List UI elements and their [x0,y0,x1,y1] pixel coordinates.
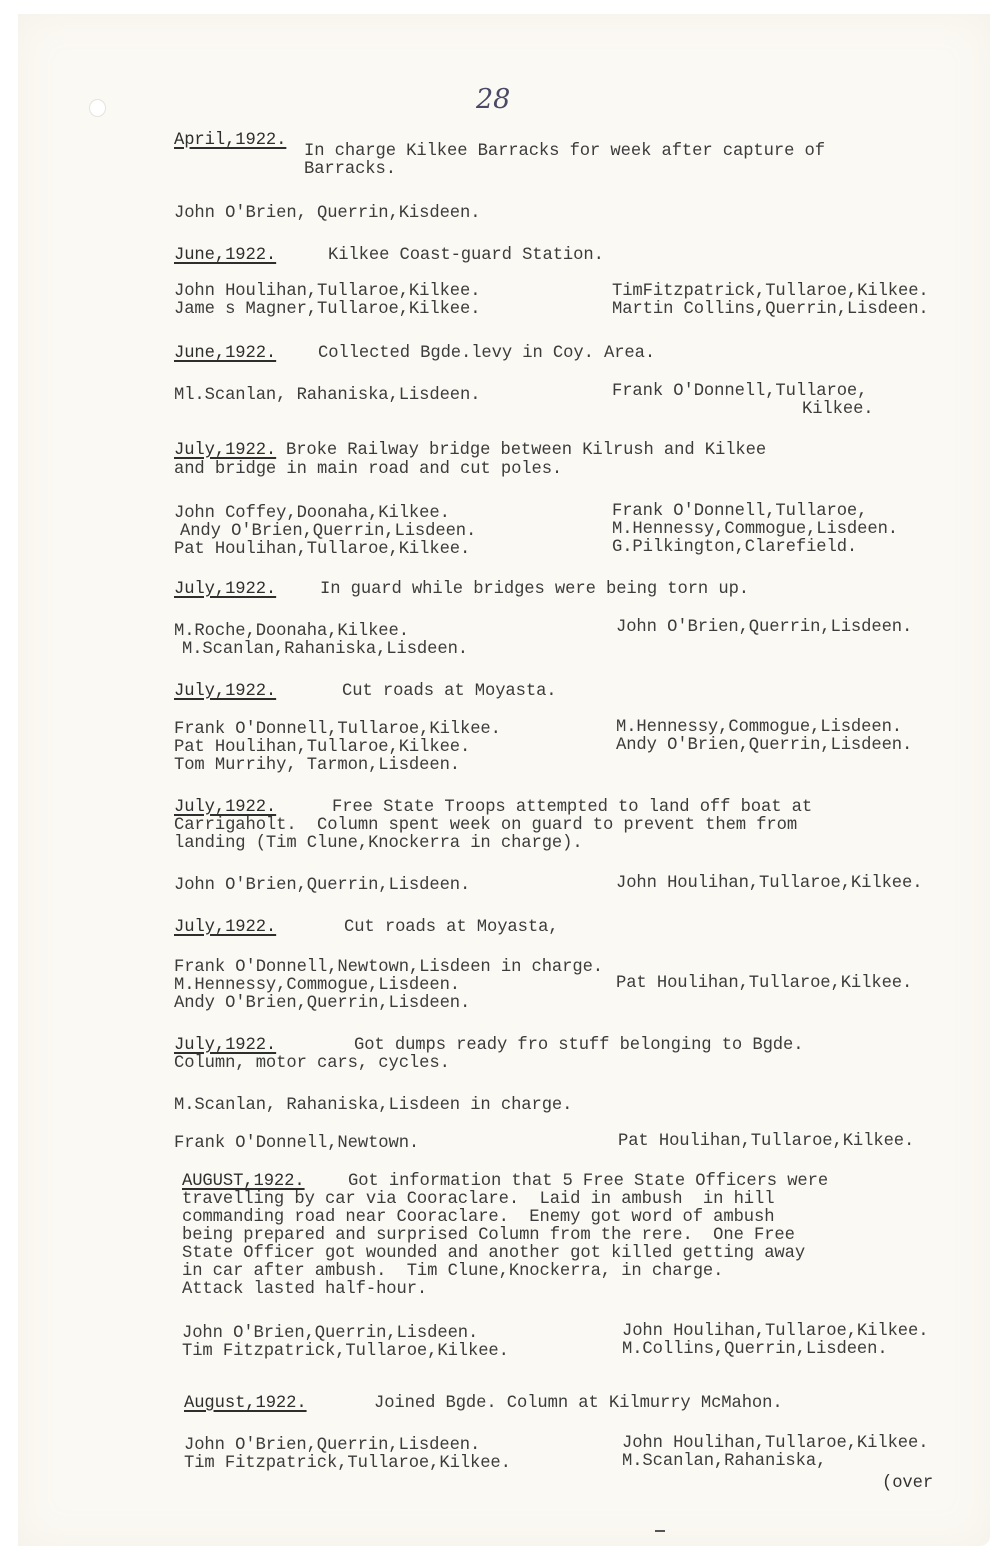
entry-description: and bridge in main road and cut poles. [174,460,562,479]
entry-description: Kilkee Coast-guard Station. [328,246,604,265]
participant-name: Frank O'Donnell,Tullaroe,Kilkee. [174,720,501,739]
entry-description: Free State Troops attempted to land off … [332,798,812,817]
continuation-note: (over [882,1474,933,1493]
entry-date: April,1922. [174,131,286,150]
entry-description: Barracks. [304,160,396,179]
entry-date: July,1922. [174,441,276,460]
entry-description: State Officer got wounded and another go… [182,1244,805,1263]
participant-name: Kilkee. [802,400,874,419]
participant-name: Pat Houlihan,Tullaroe,Kilkee. [618,1132,914,1151]
entry-description: Cut roads at Moyasta, [344,918,559,937]
entry-description: travelling by car via Cooraclare. Laid i… [182,1190,774,1209]
participant-name: Andy O'Brien,Querrin,Lisdeen. [174,994,470,1013]
entry-date: AUGUST,1922. [182,1172,305,1191]
entry-description: Cut roads at Moyasta. [342,682,557,701]
participant-name: Andy O'Brien,Querrin,Lisdeen. [180,522,476,541]
entry-date: July,1922. [174,798,276,817]
participant-name: M.Scanlan, Rahaniska,Lisdeen in charge. [174,1096,572,1115]
participant-name: Andy O'Brien,Querrin,Lisdeen. [616,736,912,755]
entry-date: June,1922. [174,246,276,265]
participant-name: John O'Brien,Querrin,Lisdeen. [182,1324,478,1343]
participant-name: Tim Fitzpatrick,Tullaroe,Kilkee. [184,1454,511,1473]
entry-description: Column, motor cars, cycles. [174,1054,450,1073]
entry-date: July,1922. [174,1036,276,1055]
entry-description: In guard while bridges were being torn u… [320,580,749,599]
participant-name: John Houlihan,Tullaroe,Kilkee. [622,1322,928,1341]
entry-description: Got information that 5 Free State Office… [348,1172,828,1191]
entry-date: August,1922. [184,1394,307,1413]
participant-name: John O'Brien, Querrin,Kisdeen. [174,204,480,223]
participant-name: G.Pilkington,Clarefield. [612,538,857,557]
participant-name: John O'Brien,Querrin,Lisdeen. [174,876,470,895]
entry-description: Got dumps ready fro stuff belonging to B… [354,1036,803,1055]
entry-date: July,1922. [174,682,276,701]
entry-description: Broke Railway bridge between Kilrush and… [286,441,766,460]
participant-name: Frank O'Donnell,Tullaroe, [612,502,867,521]
participant-name: TimFitzpatrick,Tullaroe,Kilkee. [612,282,929,301]
participant-name: John Houlihan,Tullaroe,Kilkee. [174,282,480,301]
participant-name: Pat Houlihan,Tullaroe,Kilkee. [174,738,470,757]
participant-name: Pat Houlihan,Tullaroe,Kilkee. [616,974,912,993]
participant-name: John O'Brien,Querrin,Lisdeen. [184,1436,480,1455]
participant-name: Ml.Scanlan, Rahaniska,Lisdeen. [174,386,480,405]
entry-description: commanding road near Cooraclare. Enemy g… [182,1208,774,1227]
participant-name: Tom Murrihy, Tarmon,Lisdeen. [174,756,460,775]
participant-name: John O'Brien,Querrin,Lisdeen. [616,618,912,637]
entry-description: in car after ambush. Tim Clune,Knockerra… [182,1262,723,1281]
entry-date: June,1922. [174,344,276,363]
participant-name: Frank O'Donnell,Newtown,Lisdeen in charg… [174,958,603,977]
participant-name: M.Scanlan,Rahaniska,Lisdeen. [182,640,468,659]
participant-name: Jame s Magner,Tullaroe,Kilkee. [174,300,480,319]
participant-name: Martin Collins,Querrin,Lisdeen. [612,300,929,319]
entry-date: July,1922. [174,580,276,599]
participant-name: M.Hennessy,Commogue,Lisdeen. [616,718,902,737]
page-number: 28 [476,84,510,115]
participant-name: Pat Houlihan,Tullaroe,Kilkee. [174,540,470,559]
entry-description: being prepared and surprised Column from… [182,1226,795,1245]
entry-description: Attack lasted half-hour. [182,1280,427,1299]
participant-name: John Coffey,Doonaha,Kilkee. [174,504,450,523]
entry-description: Joined Bgde. Column at Kilmurry McMahon. [374,1394,783,1413]
entry-description: Collected Bgde.levy in Coy. Area. [318,344,655,363]
participant-name: John Houlihan,Tullaroe,Kilkee. [616,874,922,893]
participant-name: John Houlihan,Tullaroe,Kilkee. [622,1434,928,1453]
entry-description: Carrigaholt. Column spent week on guard … [174,816,797,835]
entry-description: In charge Kilkee Barracks for week after… [304,142,825,161]
document-page [18,14,990,1546]
participant-name: Frank O'Donnell,Tullaroe, [612,382,867,401]
participant-name: M.Roche,Doonaha,Kilkee. [174,622,409,641]
punch-hole [90,100,105,116]
entry-date: July,1922. [174,918,276,937]
participant-name: Frank O'Donnell,Newtown. [174,1134,419,1153]
bottom-mark [655,1530,665,1532]
participant-name: M.Hennessy,Commogue,Lisdeen. [174,976,460,995]
participant-name: Tim Fitzpatrick,Tullaroe,Kilkee. [182,1342,509,1361]
participant-name: M.Hennessy,Commogue,Lisdeen. [612,520,898,539]
participant-name: M.Collins,Querrin,Lisdeen. [622,1340,888,1359]
entry-description: landing (Tim Clune,Knockerra in charge). [174,834,583,853]
participant-name: M.Scanlan,Rahaniska, [622,1452,826,1471]
